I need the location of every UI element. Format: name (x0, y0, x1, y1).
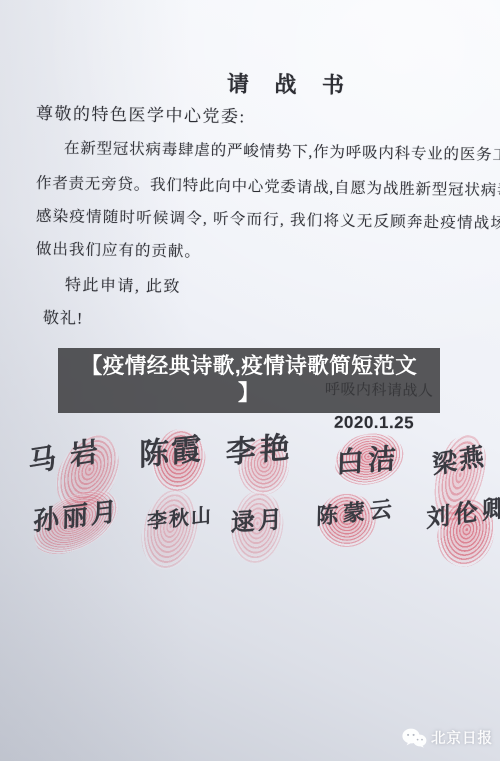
watermark-source-name: 北京日报 (431, 727, 493, 748)
letter-paragraph-line: 在新型冠状病毒肆虐的严峻情势下,作为呼吸内科专业的医务工 (64, 136, 500, 165)
wechat-icon (402, 728, 427, 748)
letter-closing: 特此申请, 此致 (65, 272, 181, 297)
caption-overlay-banner: 【疫情经典诗歌,疫情诗歌简短范文 】 (58, 348, 440, 413)
letter-paragraph-line: 感染疫情随时听候调令, 听令而行, 我们将义无反顾奔赴疫情战场, (36, 204, 500, 233)
letter-salutation: 尊敬的特色医学中心党委: (36, 99, 246, 127)
letter-paragraph-line: 做出我们应有的贡献。 (36, 237, 201, 262)
signature-name: 逯月 (231, 499, 285, 538)
letter-title: 请 战 书 (227, 67, 354, 99)
letter-salute: 敬礼! (43, 305, 84, 329)
letter-date: 2020.1.25 (334, 413, 414, 434)
signature-name: 李秋山 (147, 498, 213, 534)
signature-name: 白洁 (335, 437, 400, 482)
signature-name: 李艳 (225, 422, 294, 472)
document-photo: 请 战 书 尊敬的特色医学中心党委: 在新型冠状病毒肆虐的严峻情势下,作为呼吸内… (0, 0, 500, 761)
signature-name: 陈蒙云 (316, 492, 397, 532)
watermark: 北京日报 (402, 727, 493, 748)
signature-name: 孙丽月 (33, 491, 120, 539)
caption-line-2: 】 (58, 380, 440, 407)
letter-paragraph-line: 作者责无旁贷。我们特此向中心党委请战,自愿为战胜新型冠状病毒 (36, 171, 500, 200)
signature-name: 陈霞 (139, 424, 203, 475)
caption-line-1: 【疫情经典诗歌,疫情诗歌简短范文 (58, 353, 440, 380)
